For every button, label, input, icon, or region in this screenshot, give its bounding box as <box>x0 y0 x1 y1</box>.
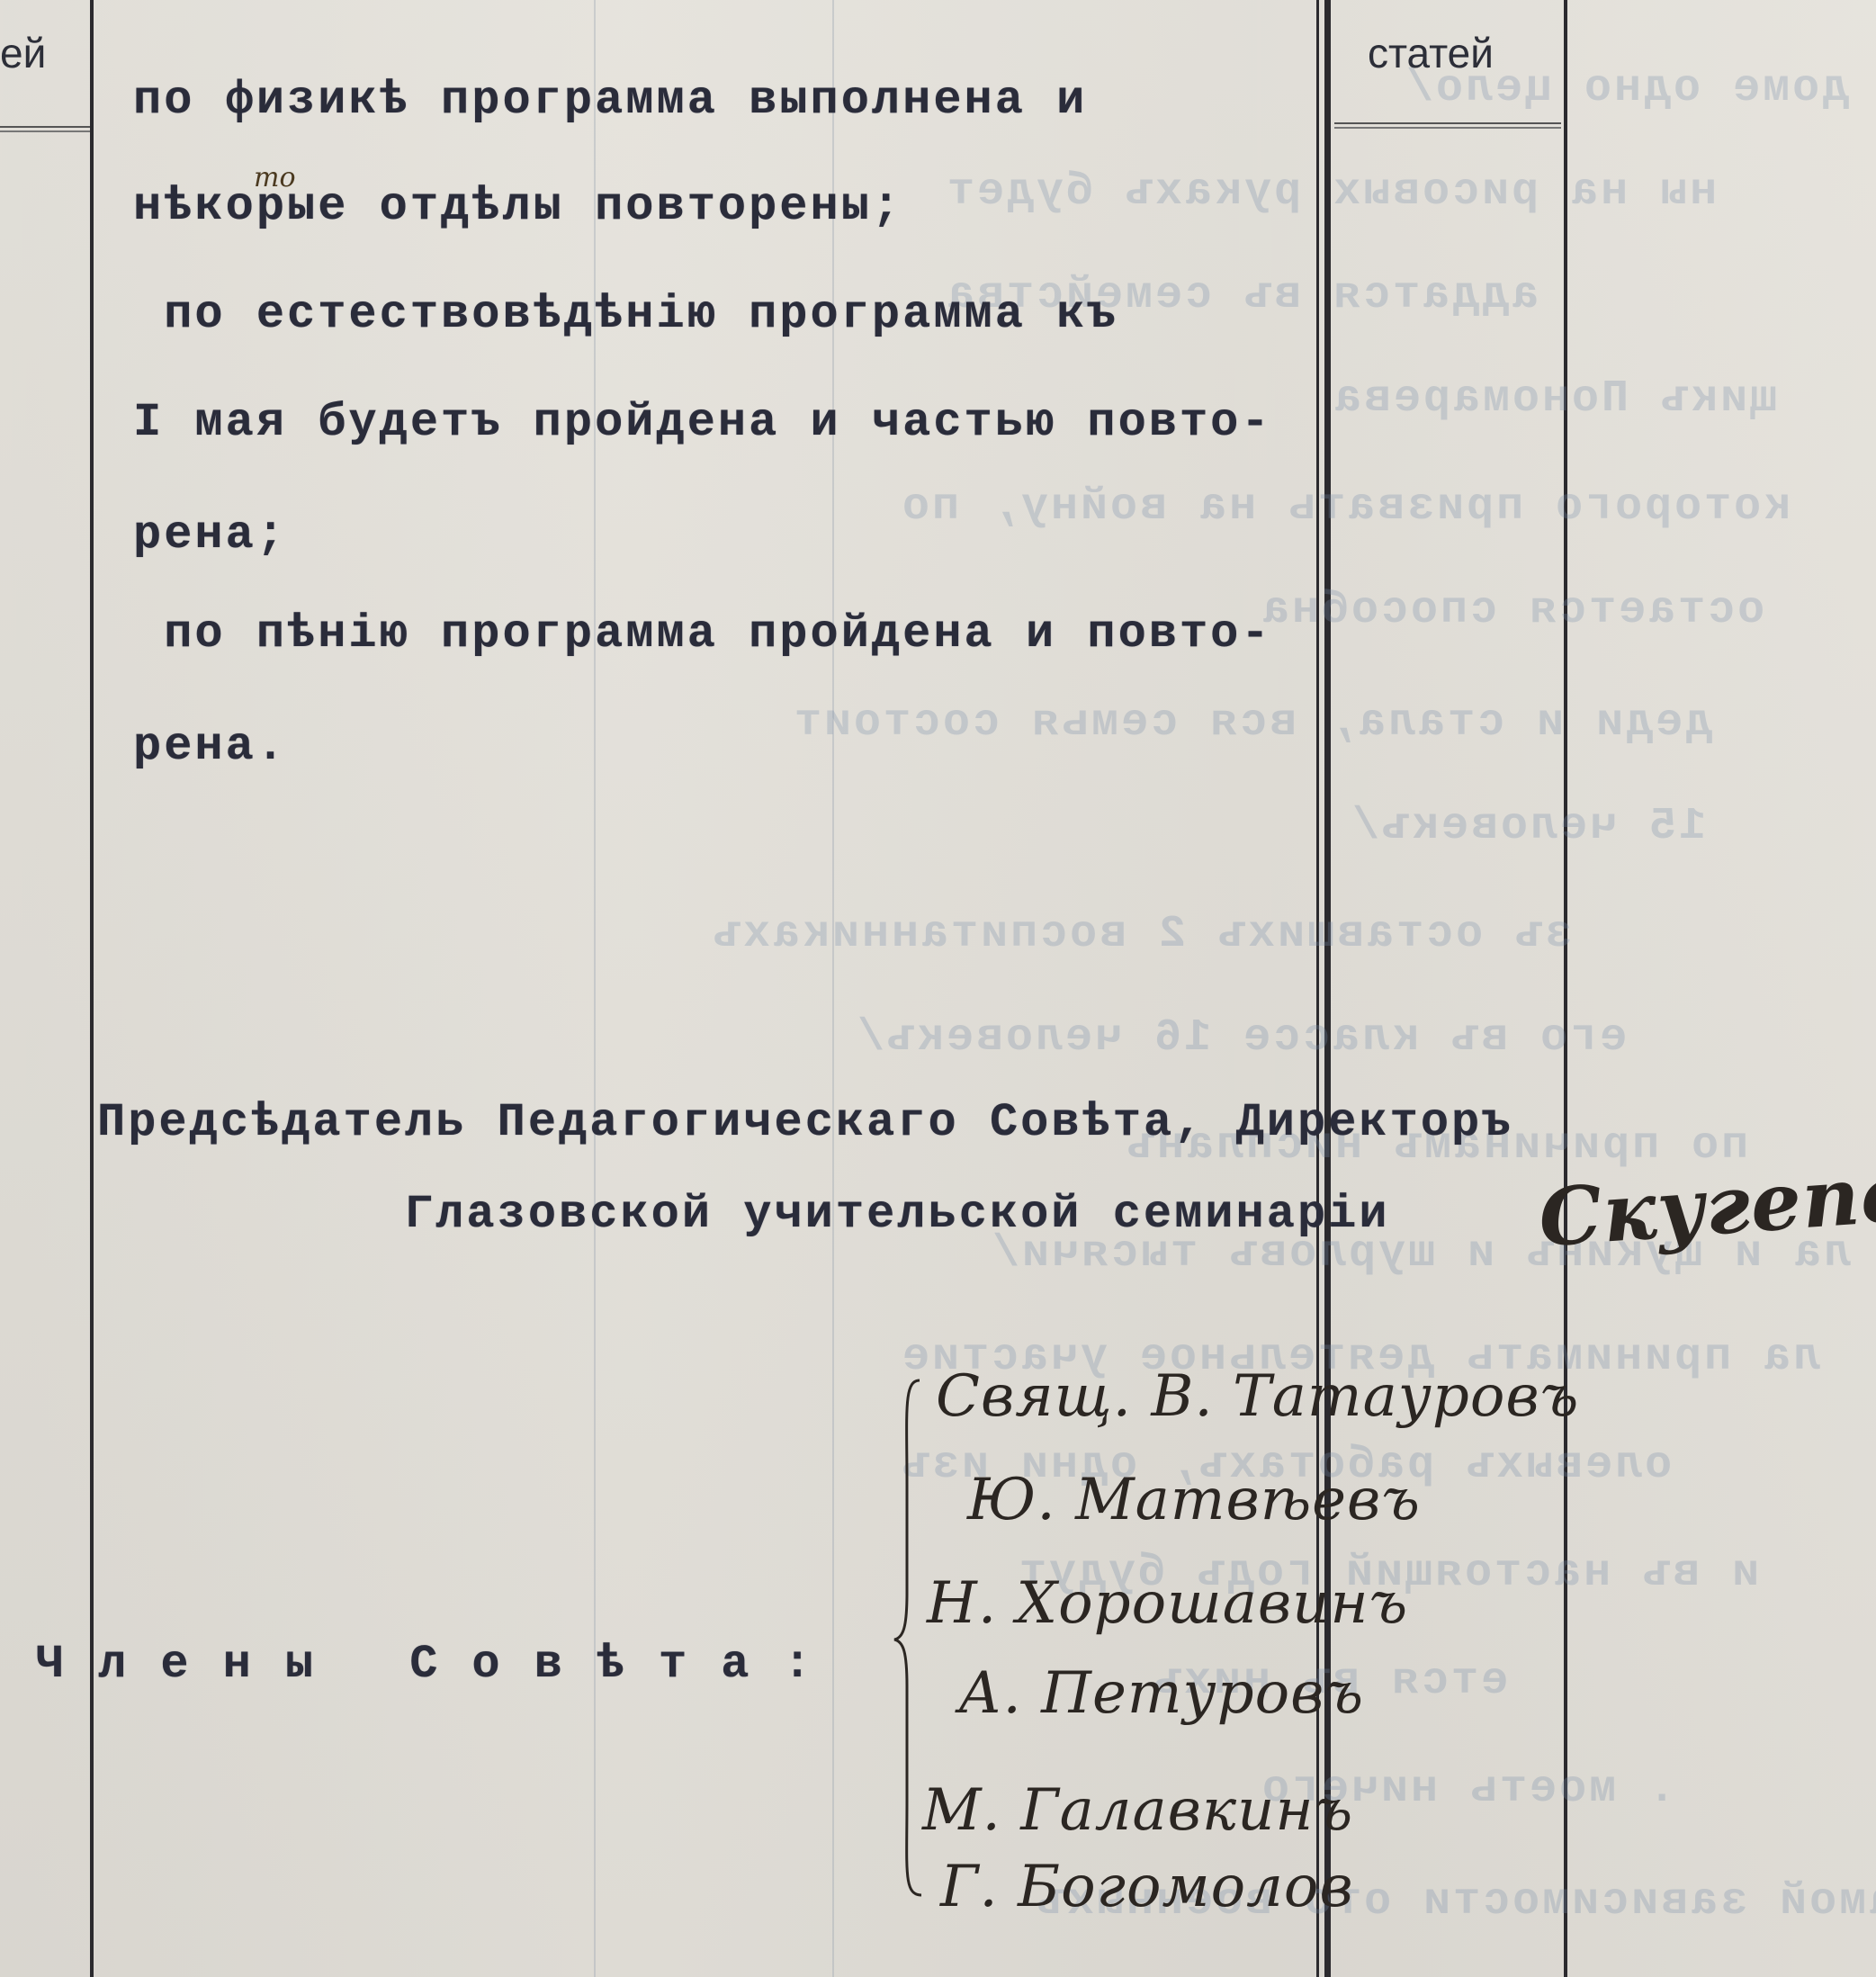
member-signature-matveev: Ю. Матвѣевъ <box>967 1467 1421 1533</box>
right-header-rule <box>1334 122 1561 129</box>
left-header-rule <box>0 126 90 132</box>
member-signature-galavkin: М. Галавкинъ <box>922 1777 1353 1844</box>
seminary-name-line: Глазовской учительской семинарiи <box>405 1188 1390 1241</box>
ghost-line: щикъ Пономарева <box>1332 373 1777 425</box>
member-signature-tataurov: Свящ. В. Татауровъ <box>936 1363 1579 1430</box>
body-line-rena-2: рена. <box>133 720 287 773</box>
right-column-rule <box>1564 0 1567 1977</box>
body-line-rena-1: рена; <box>133 508 287 562</box>
left-column-header: ей <box>0 29 46 77</box>
body-line-may-first: I мая будетъ пройдена и частью повто- <box>133 396 1272 449</box>
body-line-sections-repeated: нѣкорые отдѣлы повторены; <box>133 180 902 233</box>
ghost-line: остается способна <box>1260 585 1764 636</box>
curly-brace-icon <box>891 1377 927 1899</box>
chairman-title-line: Предсѣдатель Педагогическаго Совѣта, Дир… <box>97 1096 1512 1149</box>
ghost-line: его въ классе 16 человекъ/ <box>855 1012 1627 1064</box>
members-brace <box>891 1377 927 1899</box>
member-signature-khoroshavin: Н. Хорошавинъ <box>927 1570 1408 1637</box>
member-signature-peturov: А. Петуровъ <box>958 1660 1364 1727</box>
member-signature-bogomolov: Г. Богомолов <box>940 1854 1354 1920</box>
ghost-line: зъ оставшихъ 2 воспитанникахъ <box>711 909 1572 960</box>
body-line-physics: по физикѣ программа выполнена и <box>133 74 1087 127</box>
ghost-line: которого призвать на войну, по <box>900 481 1791 533</box>
ghost-line: деди и стала, вся семья состоит <box>792 697 1712 749</box>
ghost-line: 15 человекъ/ <box>1350 801 1706 852</box>
ghost-line: ны на рисовых рукахъ будет <box>945 166 1717 218</box>
body-line-singing: по пѣнiю программа пройдена и повто- <box>133 607 1272 660</box>
body-line-natural-science: по естествовѣдѣнiю программа къ <box>133 288 1118 341</box>
members-label: Члены Совѣта: <box>36 1638 846 1691</box>
ghost-line: , доме одно цело/ <box>1404 63 1876 114</box>
